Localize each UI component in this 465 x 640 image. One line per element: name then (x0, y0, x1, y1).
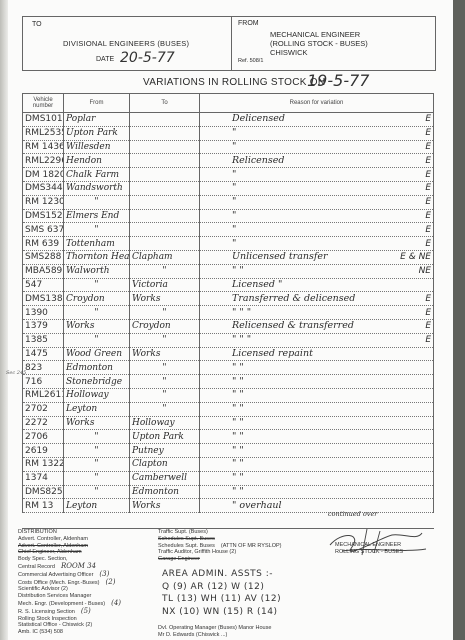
handwritten-note: (ATTN OF MR RYSLOP) (221, 543, 282, 549)
to-garage (130, 181, 200, 195)
vehicle-number: 2702 (23, 402, 64, 416)
area-admin-line: NX (10) WN (15) R (14) (162, 606, 281, 619)
allocation-code: E (425, 334, 431, 346)
memo-header: TO DIVISIONAL ENGINEERS (BUSES) DATE 20-… (22, 16, 436, 71)
reason-text: " " (202, 362, 244, 374)
reason-text: " (202, 238, 236, 250)
reason-cell: Licensed " (200, 278, 434, 292)
distribution-item: Advert. Controller, Aldenham (18, 536, 158, 543)
reason-text: " (202, 196, 236, 208)
from-garage: " (64, 471, 130, 485)
from-garage: " (64, 430, 130, 444)
reason-text: Licensed repaint (202, 348, 313, 360)
reason-cell: " " (200, 485, 434, 499)
vehicle-number: SMS 637 (23, 223, 64, 237)
handwritten-note: ROOM 34 (61, 562, 96, 570)
table-row: RML2535Upton Park"E (23, 126, 434, 140)
reason-text: " overhaul (202, 500, 282, 512)
signature-line: MECHANICAL ENGINEER (335, 542, 403, 549)
distribution-item: Garage Engineer (158, 556, 308, 563)
reason-cell: "E (200, 195, 434, 209)
table-row: DMS1384CroydonWorksTransferred & delicen… (23, 292, 434, 306)
vehicle-number: DMS101 (23, 113, 64, 127)
from-garage: " (64, 278, 130, 292)
reason-cell: "E (200, 223, 434, 237)
allocation-code: NE (419, 265, 431, 277)
reason-text: " (202, 141, 236, 153)
col-from: From (64, 94, 130, 113)
from-garage: Walworth (64, 264, 130, 278)
signature-line: ROLLING STOCK - BUSES (335, 549, 403, 556)
table-row: DMS344Wandsworth"E (23, 181, 434, 195)
reason-cell: Transferred & delicensedE (200, 292, 434, 306)
reason-text: Licensed " (202, 279, 282, 291)
vehicle-number: DMS825 (23, 485, 64, 499)
distribution-item: Statistical Office - Chiswick (2) (18, 622, 158, 629)
to-garage (130, 168, 200, 182)
from-garage: Wandsworth (64, 181, 130, 195)
allocation-code: E (425, 210, 431, 222)
from-garage: Edmonton (64, 361, 130, 375)
vehicle-number: 1475 (23, 347, 64, 361)
allocation-code: E (425, 320, 431, 332)
distribution-item-text: Rolling Stock Inspection (18, 616, 77, 622)
distribution-item: Commercial Advertising Officer(3) (18, 571, 158, 579)
table-row: MBA589Walworth"" "NE (23, 264, 434, 278)
footer-distribution: Dvl. Operating Manager (Buses) Manor Hou… (158, 625, 271, 639)
from-garage: Croydon (64, 292, 130, 306)
allocation-code: E & NE (400, 251, 431, 263)
table-row: RM 639Tottenham"E (23, 237, 434, 251)
to-garage: Works (130, 499, 200, 513)
reason-cell: DelicensedE (200, 113, 434, 127)
table-row: 1379WorksCroydonRelicensed & transferred… (23, 319, 434, 333)
reason-cell: " " "E (200, 306, 434, 320)
table-row: DMS1524Elmers End"E (23, 209, 434, 223)
vehicle-number: 823 (23, 361, 64, 375)
reason-text: " " (202, 376, 244, 388)
date-label: DATE (96, 56, 114, 63)
from-garage: Thornton Heath (64, 250, 130, 264)
vehicle-number: RM 1322 (23, 457, 64, 471)
vehicle-number: RM 1436 (23, 140, 64, 154)
to-garage: Edmonton (130, 485, 200, 499)
distribution-list-secondary: Traffic Supt. (Buses)Schedules Supt. Bus… (158, 529, 308, 563)
table-row: 2702Leyton"" " (23, 402, 434, 416)
allocation-code: E (425, 113, 431, 125)
from-garage: Holloway (64, 388, 130, 402)
distribution-item: Schedules Supt. Buses(ATTN OF MR RYSLOP) (158, 543, 308, 550)
reason-cell: " " (200, 388, 434, 402)
from-garage: Tottenham (64, 237, 130, 251)
table-row: 1475Wood GreenWorksLicensed repaint (23, 347, 434, 361)
vehicle-number: DMS344 (23, 181, 64, 195)
to-garage: Holloway (130, 416, 200, 430)
reason-cell: " " (200, 375, 434, 389)
distribution-item-text: R. S. Licensing Section (18, 609, 75, 615)
handwritten-note: (4) (111, 599, 121, 607)
reference: Ref. 508/1 (238, 58, 263, 64)
handwritten-note: (2) (106, 578, 116, 586)
table-row: RML2296HendonRelicensedE (23, 154, 434, 168)
distribution-item: Traffic Supt. (Buses) (158, 529, 308, 536)
reason-cell: " " (200, 361, 434, 375)
reason-text: " (202, 210, 236, 222)
vehicle-number: DM 1820 (23, 168, 64, 182)
to-garage: Upton Park (130, 430, 200, 444)
distribution-list: DISTRIBUTION Advert. Controller, Aldenha… (18, 529, 158, 636)
allocation-code: E (425, 155, 431, 167)
distribution-item-text: Chief Engineer, Aldenham (18, 549, 82, 555)
handwritten-note: (5) (81, 607, 91, 615)
distribution-item-text: Schedules Supt. Buses (158, 543, 215, 549)
vehicle-number: RM 13 (23, 499, 64, 513)
vehicle-number: RML2296 (23, 154, 64, 168)
reason-cell: "E (200, 140, 434, 154)
reason-cell: "E (200, 181, 434, 195)
vehicle-number: 716 (23, 375, 64, 389)
allocation-code: E (425, 141, 431, 153)
reason-text: " " (202, 472, 244, 484)
distribution-item-text: Advert. Controller, Aldenham (18, 536, 88, 542)
to-garage: " (130, 333, 200, 347)
distribution-item: Traffic Auditor, Griffith House (2) (158, 549, 308, 556)
from-garage: " (64, 444, 130, 458)
table-row: 547"VictoriaLicensed " (23, 278, 434, 292)
from-garage: " (64, 457, 130, 471)
table-row: DMS825"Edmonton" " (23, 485, 434, 499)
vehicle-number: RM 1230 (23, 195, 64, 209)
date-value: 20-5-77 (120, 50, 175, 66)
distribution-item: Distribution Services Manager (18, 593, 158, 600)
to-garage: " (130, 402, 200, 416)
to-garage: Croydon (130, 319, 200, 333)
distribution-item-text: Amb. IC (534) 508 (18, 629, 63, 635)
from-line: CHISWICK (270, 48, 368, 57)
from-garage: Leyton (64, 402, 130, 416)
table-body: DMS101PoplarDelicensedERML2535Upton Park… (23, 113, 434, 513)
reason-cell: "E (200, 209, 434, 223)
from-sender: MECHANICAL ENGINEER (ROLLING STOCK - BUS… (270, 30, 368, 57)
reason-text: Delicensed (202, 113, 285, 125)
to-garage (130, 209, 200, 223)
col-vehicle-number: Vehicle number (23, 94, 64, 113)
table-row: 716Stonebridge"" " (23, 375, 434, 389)
table-row: RM 1436Willesden"E (23, 140, 434, 154)
vehicle-number: RML2611 (23, 388, 64, 402)
table-row: 2619"Putney" " (23, 444, 434, 458)
table-row: DM 1820Chalk Farm"E (23, 168, 434, 182)
from-garage: Hendon (64, 154, 130, 168)
handwritten-note: (3) (99, 570, 109, 578)
distribution-item-text: Central Record (18, 564, 55, 570)
reason-text: Relicensed (202, 155, 285, 167)
reason-cell: RelicensedE (200, 154, 434, 168)
area-admin-line: TL (13) WH (11) AV (12) (162, 593, 281, 606)
table-row: RML2611Holloway"" " (23, 388, 434, 402)
allocation-code: E (425, 224, 431, 236)
from-garage: Wood Green (64, 347, 130, 361)
reason-text: " " (202, 389, 244, 401)
vehicle-number: DMS1524 (23, 209, 64, 223)
reason-text: " " (202, 445, 244, 457)
footer-line: Mr D. Edwards (Chiswick ...) (158, 632, 271, 639)
reason-cell: " " (200, 402, 434, 416)
col-reason: Reason for variation (200, 94, 434, 113)
distribution-item: Advert. Controller, Aldenham (18, 543, 158, 550)
allocation-code: E (425, 127, 431, 139)
area-admin-line: Q (9) AR (12) W (12) (162, 581, 281, 594)
scan-edge-right (453, 0, 465, 640)
vehicle-number: 1385 (23, 333, 64, 347)
from-garage: " (64, 223, 130, 237)
reason-text: " " (202, 403, 244, 415)
to-garage: Clapham (130, 250, 200, 264)
distribution-item-text: Distribution Services Manager (18, 593, 91, 599)
vehicle-number: 1374 (23, 471, 64, 485)
col-to: To (130, 94, 200, 113)
reason-cell: "E (200, 237, 434, 251)
to-garage: Clapton (130, 457, 200, 471)
from-garage: Stonebridge (64, 375, 130, 389)
reason-text: Unlicensed transfer (202, 251, 328, 263)
reason-text: " " (202, 486, 244, 498)
reason-text: " (202, 169, 236, 181)
distribution-item: R. S. Licensing Section(5) (18, 608, 158, 616)
table-row: SMS 637""E (23, 223, 434, 237)
from-garage: Willesden (64, 140, 130, 154)
distribution-item: Central RecordROOM 34 (18, 563, 158, 571)
from-line: MECHANICAL ENGINEER (270, 30, 368, 39)
to-garage: Works (130, 347, 200, 361)
to-garage (130, 140, 200, 154)
signature-block: MECHANICAL ENGINEER ROLLING STOCK - BUSE… (335, 542, 403, 556)
distribution-item: Costs Office (Mech. Engr.-Buses)(2) (18, 579, 158, 587)
scan-edge-left (0, 0, 8, 640)
to-garage (130, 237, 200, 251)
to-garage (130, 195, 200, 209)
distribution-item: Scientific Advisor (2) (18, 586, 158, 593)
vehicle-number: 2706 (23, 430, 64, 444)
to-garage (130, 113, 200, 127)
reason-cell: " " "E (200, 333, 434, 347)
from-line: (ROLLING STOCK - BUSES) (270, 39, 368, 48)
distribution-item: Schedules Supt. Buses (158, 536, 308, 543)
from-label: FROM (238, 20, 259, 27)
distribution-heading: DISTRIBUTION (18, 529, 158, 536)
to-garage: " (130, 306, 200, 320)
table-row: DMS101PoplarDelicensedE (23, 113, 434, 127)
allocation-code: E (425, 196, 431, 208)
from-garage: Chalk Farm (64, 168, 130, 182)
distribution-item-text: Costs Office (Mech. Engr.-Buses) (18, 580, 100, 586)
distribution-item: Amb. IC (534) 508 (18, 629, 158, 636)
reason-cell: " " (200, 471, 434, 485)
vehicle-number: RML2535 (23, 126, 64, 140)
distribution-item-text: Garage Engineer (158, 556, 200, 562)
vehicle-number: 1390 (23, 306, 64, 320)
table-row: 2706"Upton Park" " (23, 430, 434, 444)
distribution-item-text: Statistical Office - Chiswick (2) (18, 622, 92, 628)
vehicle-number: MBA589 (23, 264, 64, 278)
reason-cell: Relicensed & transferredE (200, 319, 434, 333)
distribution-item: Rolling Stock Inspection (18, 616, 158, 623)
reason-text: " (202, 224, 236, 236)
reason-text: " " " (202, 334, 251, 346)
table-row: 1390""" " "E (23, 306, 434, 320)
from-garage: " (64, 485, 130, 499)
from-garage: " (64, 306, 130, 320)
vehicle-number: SMS288 (23, 250, 64, 264)
allocation-code: E (425, 169, 431, 181)
reason-text: " (202, 127, 236, 139)
document-title: VARIATIONS IN ROLLING STOCK ON (143, 77, 325, 88)
reason-cell: " "NE (200, 264, 434, 278)
vehicle-number: 2272 (23, 416, 64, 430)
vehicle-number: RM 639 (23, 237, 64, 251)
from-garage: Works (64, 319, 130, 333)
allocation-code: E (425, 238, 431, 250)
table-header: Vehicle number From To Reason for variat… (23, 94, 434, 113)
reason-text: " " (202, 265, 244, 277)
allocation-code: E (425, 293, 431, 305)
area-admin-heading: AREA ADMIN. ASSTS :- (162, 568, 281, 581)
reason-cell: Unlicensed transferE & NE (200, 250, 434, 264)
variations-table: Vehicle number From To Reason for variat… (22, 93, 434, 513)
distribution-item-text: Mech. Engr. (Development - Buses) (18, 601, 105, 607)
reason-cell: " " (200, 430, 434, 444)
to-recipient: DIVISIONAL ENGINEERS (BUSES) (63, 39, 189, 48)
distribution-item-text: Commercial Advertising Officer (18, 572, 93, 578)
to-garage: " (130, 264, 200, 278)
to-garage: " (130, 361, 200, 375)
from-garage: " (64, 333, 130, 347)
to-garage (130, 223, 200, 237)
vehicle-number: 2619 (23, 444, 64, 458)
table-row: RM 1230""E (23, 195, 434, 209)
reason-text: " " (202, 458, 244, 470)
reason-cell: Licensed repaint (200, 347, 434, 361)
vehicle-number: 1379 (23, 319, 64, 333)
distribution-item: Chief Engineer, Aldenham (18, 549, 158, 556)
from-garage: Works (64, 416, 130, 430)
reason-cell: " " (200, 457, 434, 471)
table-row: 1385""" " "E (23, 333, 434, 347)
to-label: TO (32, 21, 42, 28)
allocation-code: E (425, 307, 431, 319)
reason-cell: " overhaul (200, 499, 434, 513)
table-row: RM 1322"Clapton" " (23, 457, 434, 471)
table-row: SMS288Thornton HeathClaphamUnlicensed tr… (23, 250, 434, 264)
reason-text: Transferred & delicensed (202, 293, 355, 305)
to-garage: " (130, 388, 200, 402)
table-row: 823Edmonton"" " (23, 361, 434, 375)
reason-text: Relicensed & transferred (202, 320, 354, 332)
table-row: 1374"Camberwell" " (23, 471, 434, 485)
title-date: 19-5-77 (307, 71, 369, 90)
continued-note: continued over (328, 510, 377, 518)
from-garage: Leyton (64, 499, 130, 513)
to-garage: Putney (130, 444, 200, 458)
to-garage: Camberwell (130, 471, 200, 485)
reason-text: " " (202, 417, 244, 429)
to-garage: Victoria (130, 278, 200, 292)
to-garage: Works (130, 292, 200, 306)
reason-text: " " " (202, 307, 251, 319)
reason-cell: " " (200, 444, 434, 458)
to-box: TO DIVISIONAL ENGINEERS (BUSES) DATE 20-… (23, 17, 232, 70)
reason-cell: " " (200, 416, 434, 430)
reason-text: " (202, 182, 236, 194)
to-garage (130, 154, 200, 168)
from-box: FROM MECHANICAL ENGINEER (ROLLING STOCK … (232, 17, 435, 70)
distribution-item-text: Scientific Advisor (2) (18, 586, 68, 592)
allocation-code: E (425, 182, 431, 194)
distribution-item-text: Traffic Auditor, Griffith House (2) (158, 549, 236, 555)
reason-cell: "E (200, 168, 434, 182)
distribution-item-text: Traffic Supt. (Buses) (158, 529, 208, 535)
from-garage: Poplar (64, 113, 130, 127)
reason-text: " " (202, 431, 244, 443)
from-garage: Elmers End (64, 209, 130, 223)
from-garage: Upton Park (64, 126, 130, 140)
reason-cell: "E (200, 126, 434, 140)
vehicle-number: 547 (23, 278, 64, 292)
distribution-item-text: Advert. Controller, Aldenham (18, 543, 88, 549)
footer-line: Dvl. Operating Manager (Buses) Manor Hou… (158, 625, 271, 632)
area-admin-assistants: AREA ADMIN. ASSTS :- Q (9) AR (12) W (12… (162, 568, 281, 618)
vehicle-number: DMS1384 (23, 292, 64, 306)
table-row: 2272WorksHolloway" " (23, 416, 434, 430)
to-garage (130, 126, 200, 140)
from-garage: " (64, 195, 130, 209)
to-garage: " (130, 375, 200, 389)
distribution-item-text: Schedules Supt. Buses (158, 536, 215, 542)
margin-note: Sec 245 (6, 371, 26, 376)
